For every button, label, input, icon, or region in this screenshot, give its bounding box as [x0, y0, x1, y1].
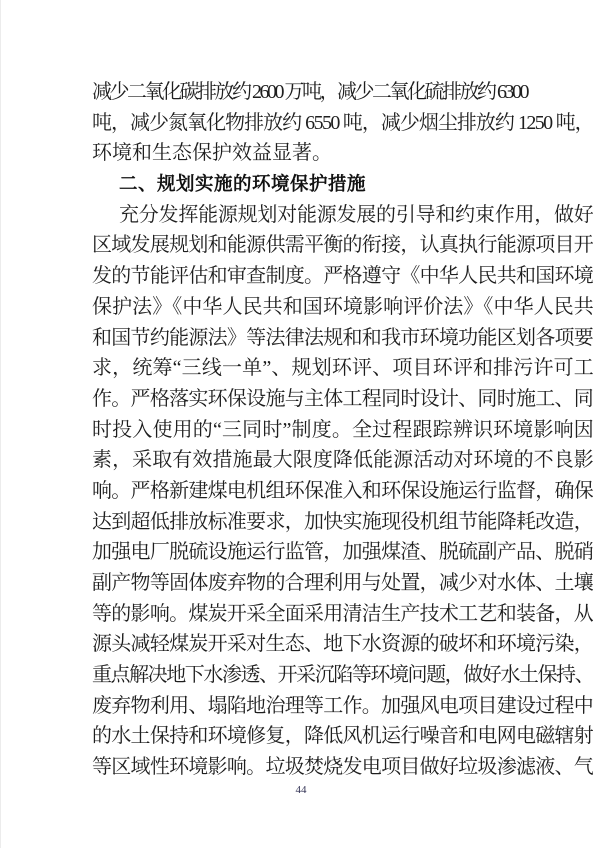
body-text-line: 作。严格落实环保设施与主体工程同时设计、同时施工、同	[92, 384, 593, 415]
page-number: 44	[1, 783, 600, 797]
body-text-line: 等的影响。煤炭开采全面采用清洁生产技术工艺和装备，从	[92, 599, 593, 630]
section-heading: 二、规划实施的环境保护措施	[92, 169, 593, 200]
body-text-line: 减少二氧化碳排放约 2600 万吨，减少二氧化硫排放约 6300	[92, 77, 593, 108]
body-text-line: 吨，减少氮氧化物排放约 6550 吨，减少烟尘排放约 1250 吨，	[92, 108, 593, 139]
body-text-line: 加强电厂脱硫设施运行监管，加强煤渣、脱硫副产品、脱硝	[92, 537, 593, 568]
body-text-line: 区域发展规划和能源供需平衡的衔接，认真执行能源项目开	[92, 230, 593, 261]
text-block: 减少二氧化碳排放约 2600 万吨，减少二氧化硫排放约 6300 吨，减少氮氧化…	[92, 77, 593, 783]
body-text-line: 的水土保持和环境修复，降低风机运行噪音和电网电磁辖射	[92, 721, 593, 752]
body-text-line: 源头减轻煤炭开采对生态、地下水资源的破坏和环境污染，	[92, 629, 593, 660]
body-text-line: 副产物等固体废弃物的合理利用与处置，减少对水体、土壤	[92, 568, 593, 599]
body-text-line: 发的节能评估和审查制度。严格遵守《中华人民共和国环境	[92, 261, 593, 292]
body-text-line: 废弃物利用、塌陷地治理等工作。加强风电项目建设过程中	[92, 691, 593, 722]
document-page: 减少二氧化碳排放约 2600 万吨，减少二氧化硫排放约 6300 吨，减少氮氧化…	[0, 0, 600, 848]
body-text-line: 环境和生态保护效益显著。	[92, 138, 593, 169]
body-text-line: 时投入使用的“三同时”制度。全过程跟踪辨识环境影响因	[92, 415, 593, 446]
body-text-line: 等区域性环境影响。垃圾焚烧发电项目做好垃圾渗滤液、气	[92, 752, 593, 783]
body-text-line: 响。严格新建煤电机组环保准入和环保设施运行监督，确保	[92, 476, 593, 507]
body-text-line: 保护法》《中华人民共和国环境影响评价法》《中华人民共	[92, 292, 593, 323]
body-text-line: 求，统筹“三线一单”、规划环评、项目环评和排污许可工	[92, 353, 593, 384]
body-text-line: 和国节约能源法》等法律法规和和我市环境功能区划各项要	[92, 323, 593, 354]
body-text-line: 素，采取有效措施最大限度降低能源活动对环境的不良影	[92, 445, 593, 476]
body-text-line: 重点解决地下水渗透、开采沉陷等环境问题，做好水土保持、	[92, 660, 593, 691]
body-text-line: 达到超低排放标准要求，加快实施现役机组节能降耗改造，	[92, 507, 593, 538]
body-text-line: 充分发挥能源规划对能源发展的引导和约束作用，做好	[92, 200, 593, 231]
